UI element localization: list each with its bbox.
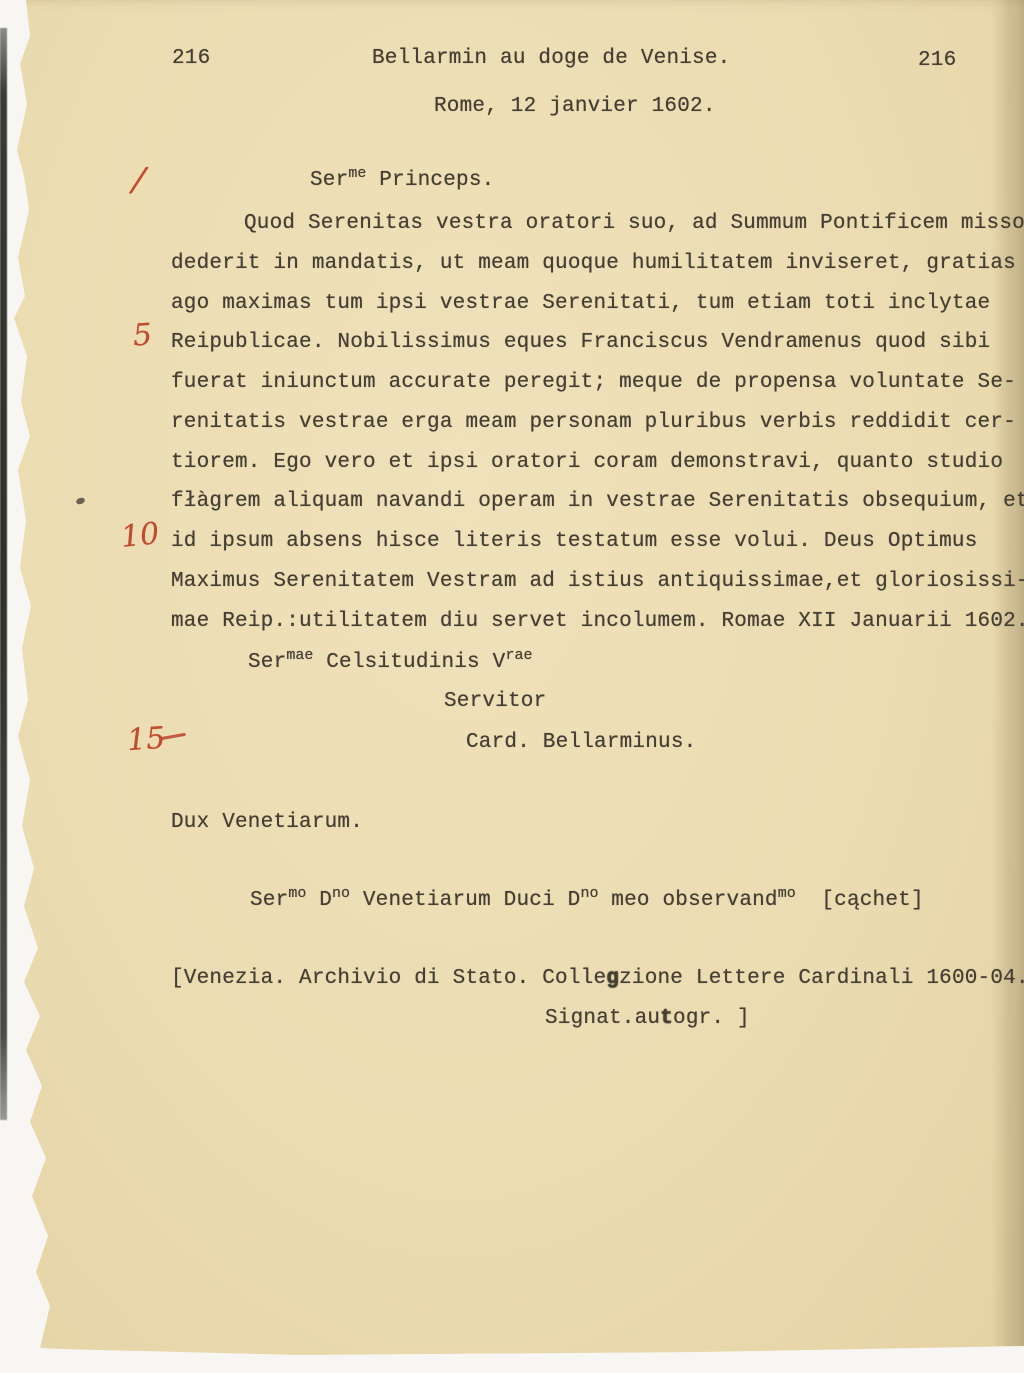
scan-gutter-shadow <box>0 28 7 1120</box>
body-line: fuerat iniunctum accurate peregit; meque… <box>171 370 1016 396</box>
dateline: Rome, 12 janvier 1602. <box>434 94 716 120</box>
body-line: dederit in mandatis, ut meam quoque humi… <box>171 251 1016 277</box>
margin-line-number-1: / <box>131 160 147 201</box>
body-line: tiorem. Ego vero et ipsi oratori coram d… <box>171 450 1003 476</box>
servitor-line: Servitor <box>444 689 546 715</box>
body-line: id ipsum absens hisce literis testatum e… <box>171 529 978 555</box>
archive-reference-line: [Venezia. Archivio di Stato. Collegzione… <box>171 966 1024 992</box>
signature-line: Card. Bellarminus. <box>466 730 696 756</box>
paper-right-shading <box>990 0 1024 1346</box>
address-line: Sermo Dno Venetiarum Duci Dno meo observ… <box>250 888 924 915</box>
body-line: Reipublicae. Nobilissimus eques Francisc… <box>171 330 990 356</box>
paper-speck <box>75 497 86 506</box>
body-line: Maximus Serenitatem Vestram ad istius an… <box>171 569 1024 595</box>
archive-reference-line: Signat.autogr. ] <box>545 1006 750 1032</box>
body-line: Quod Serenitas vestra oratori suo, ad Su… <box>244 211 1024 237</box>
page-number-left: 216 <box>172 46 210 72</box>
body-line: mae Reip.:utilitatem diu servet incolume… <box>171 609 1024 635</box>
body-line: fłàgrem aliquam navandi operam in vestra… <box>171 489 1024 515</box>
paper-speck <box>8 1090 13 1094</box>
scanned-page-canvas: 216 Bellarmin au doge de Venise. 216 Rom… <box>0 0 1024 1373</box>
page-number-right: 216 <box>918 48 956 74</box>
salutation-line: Serme Princeps. <box>310 168 494 195</box>
addressee-line: Dux Venetiarum. <box>171 810 363 836</box>
margin-line-number-10: 10 <box>119 516 161 555</box>
body-line: renitatis vestrae erga meam personam plu… <box>171 410 1016 436</box>
margin-line-number-5: 5 <box>132 317 153 353</box>
valediction-line: Sermae Celsitudinis Vrae <box>248 650 532 677</box>
body-line: ago maximas tum ipsi vestrae Serenitati,… <box>171 291 990 317</box>
paper-speck <box>10 1005 16 1009</box>
typescript-paper-sheet: 216 Bellarmin au doge de Venise. 216 Rom… <box>0 0 1024 1373</box>
document-title: Bellarmin au doge de Venise. <box>372 46 730 72</box>
